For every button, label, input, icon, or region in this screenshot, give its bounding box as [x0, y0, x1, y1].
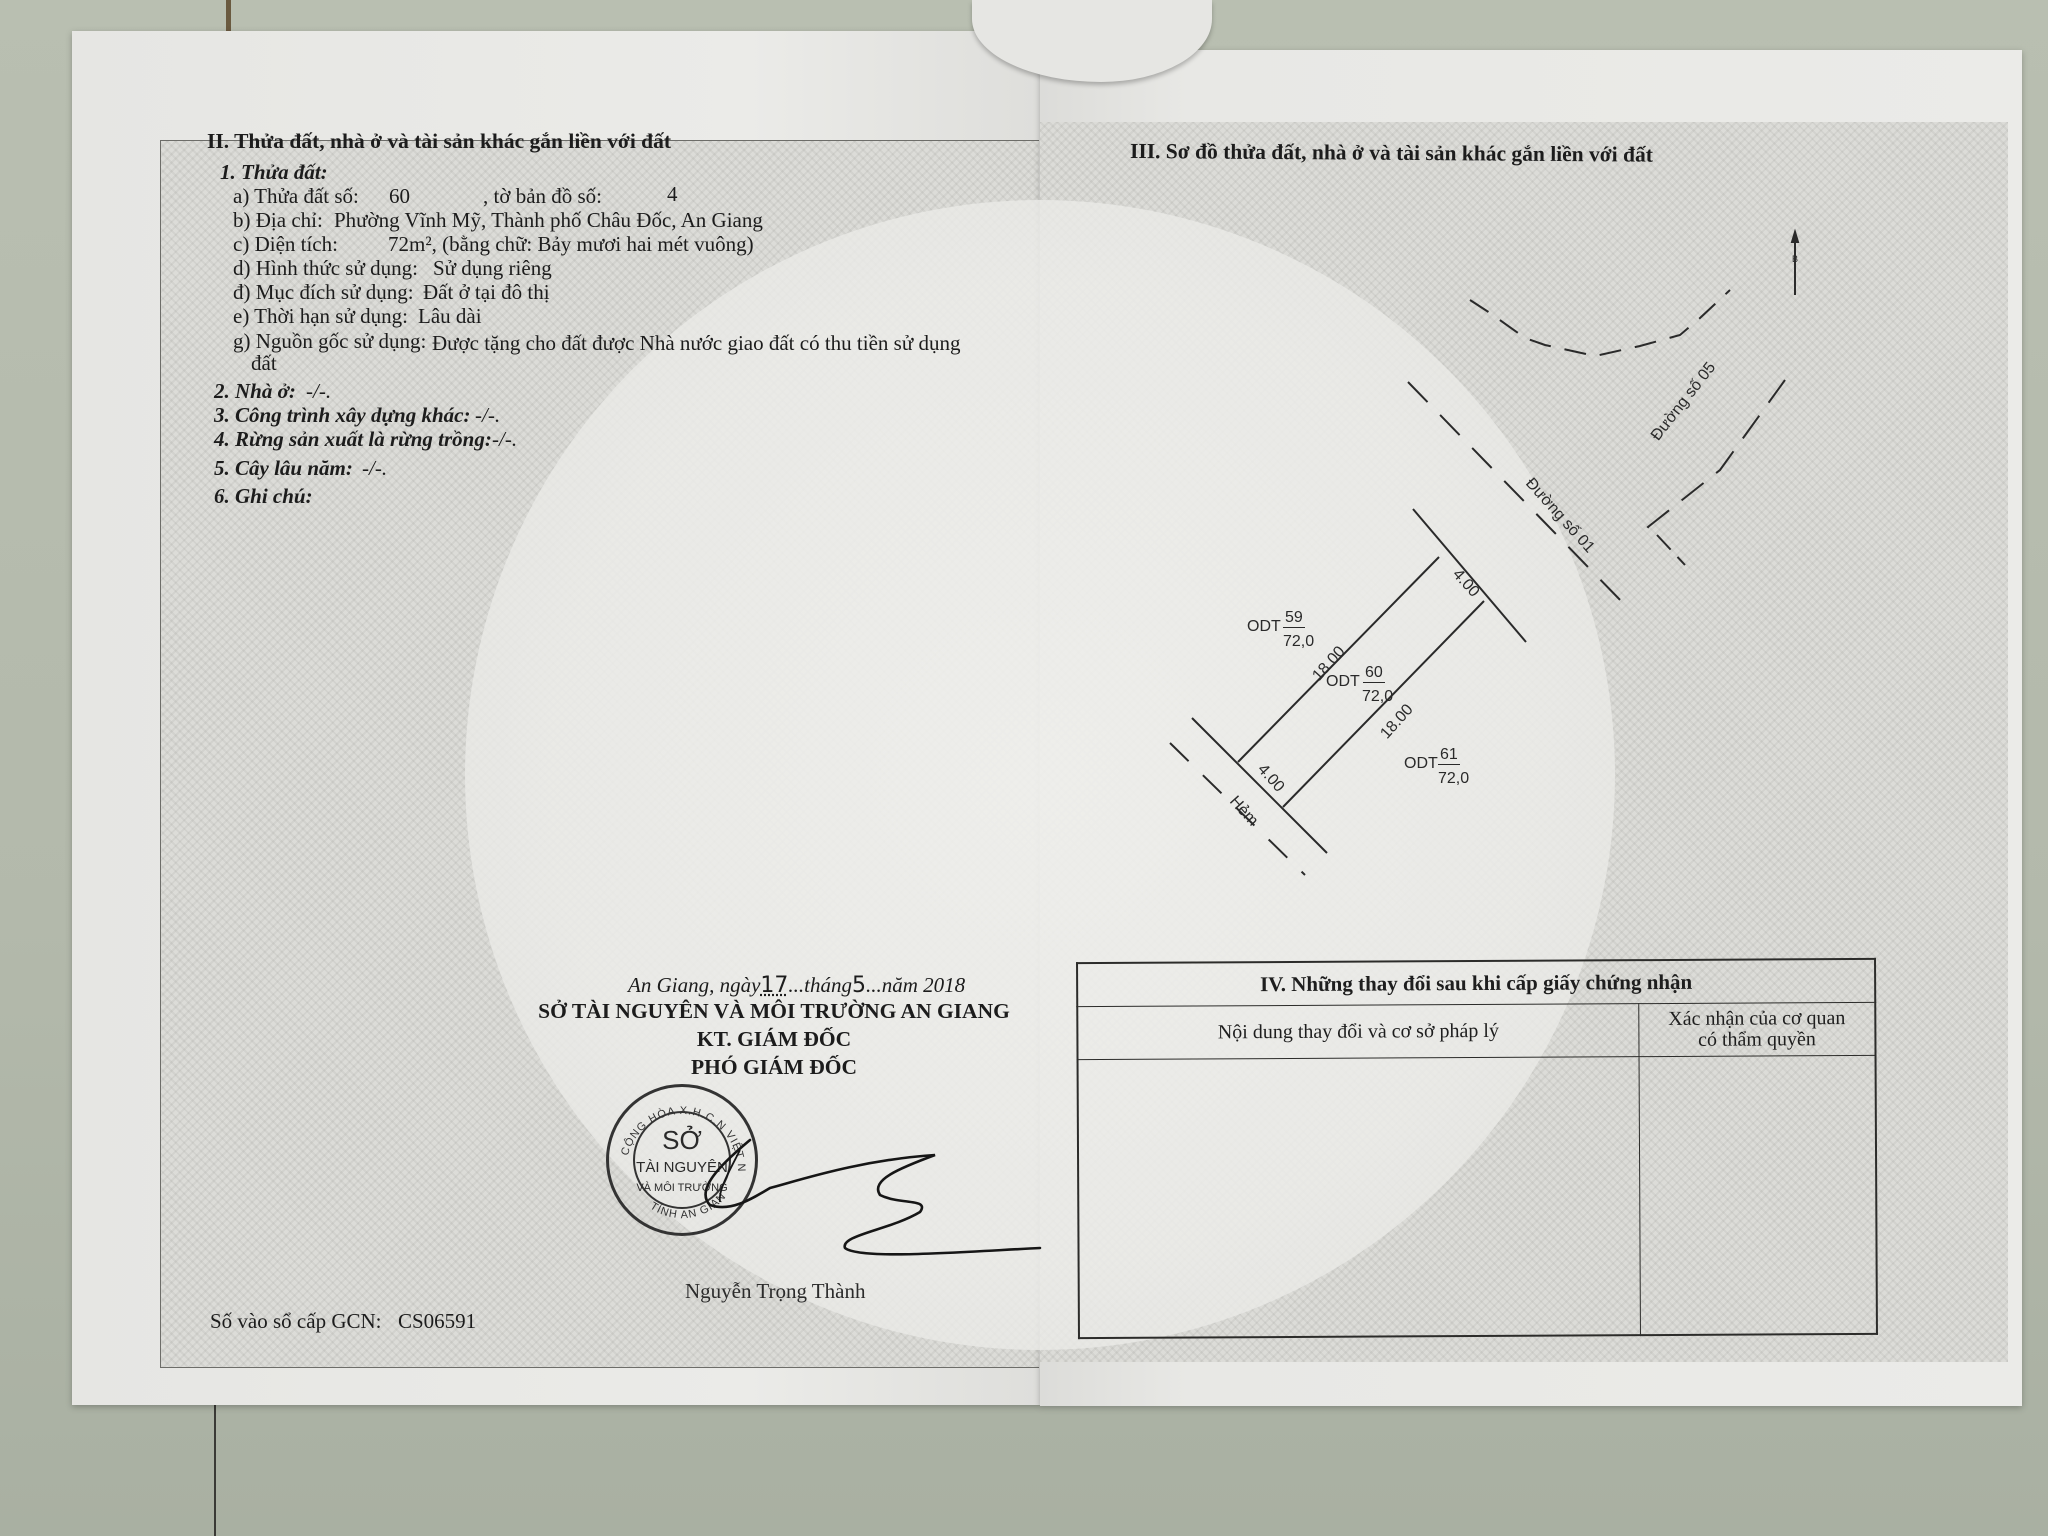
- planted-forest-value: -/-.: [492, 429, 517, 450]
- place-date-prefix: An Giang, ngày: [628, 973, 760, 997]
- perennial-trees-label: 5. Cây lâu năm:: [214, 458, 353, 479]
- month-label: tháng: [804, 973, 852, 997]
- usage-form-label: d) Hình thức sử dụng:: [233, 258, 418, 279]
- parcel-61-code: ODT: [1404, 755, 1438, 773]
- place-and-date: An Giang, ngày17...tháng5...năm 2018: [628, 975, 965, 997]
- map-sheet-label: , tờ bản đồ số:: [483, 186, 602, 207]
- house-value: -/-.: [306, 381, 331, 402]
- usage-origin-label: g) Nguồn gốc sử dụng:: [233, 331, 426, 352]
- changes-table: IV. Những thay đổi sau khi cấp giấy chứn…: [1076, 958, 1878, 1339]
- parcel-59-code: ODT: [1247, 618, 1281, 636]
- usage-origin-value: Được tặng cho đất được Nhà nước giao đất…: [432, 333, 960, 354]
- floor-tile-seam: [214, 1404, 216, 1536]
- column-header-change-content: Nội dung thay đổi và cơ sở pháp lý: [1077, 1004, 1639, 1060]
- other-construction-value: -/-.: [475, 405, 500, 426]
- confirmation-header-line-1: Xác nhận của cơ quan: [1668, 1007, 1845, 1030]
- dots-2: ...: [866, 973, 882, 997]
- section-ii-title: II. Thửa đất, nhà ở và tài sản khác gắn …: [207, 131, 671, 153]
- parcel-59-area: 72,0: [1283, 633, 1314, 651]
- registry-number-label: Số vào sổ cấp GCN:: [210, 1311, 382, 1332]
- wall-crack: [226, 0, 231, 34]
- parcel-59-number: 59: [1283, 609, 1305, 628]
- signer-role-2: PHÓ GIÁM ĐỐC: [535, 1057, 1013, 1079]
- handwritten-signature: [600, 1120, 1060, 1270]
- column-header-confirmation: Xác nhận của cơ quan có thẩm quyền: [1639, 1002, 1876, 1056]
- confirmation-header-line-2: có thẩm quyền: [1698, 1028, 1816, 1051]
- svg-text:B: B: [1792, 254, 1798, 264]
- parcel-60-area: 72,0: [1362, 688, 1393, 706]
- area-value: 72m², (bằng chữ: Bảy mươi hai mét vuông): [388, 234, 754, 255]
- change-content-cell: [1078, 1057, 1641, 1338]
- year-label: năm 2018: [882, 973, 965, 997]
- map-sheet-value: 4: [667, 184, 678, 205]
- usage-purpose-value: Đất ở tại đô thị: [423, 282, 550, 303]
- address-value: Phường Vĩnh Mỹ, Thành phố Châu Đốc, An G…: [334, 210, 763, 231]
- signer-role-1: KT. GIÁM ĐỐC: [535, 1029, 1013, 1051]
- address-label: b) Địa chỉ:: [233, 210, 323, 231]
- usage-origin-value-cont: đất: [251, 353, 277, 374]
- parcel-diagram: B: [1040, 122, 2022, 922]
- parcel-60-code: ODT: [1326, 673, 1360, 691]
- parcel-60-number: 60: [1363, 664, 1385, 683]
- notes-label: 6. Ghi chú:: [214, 486, 313, 507]
- other-construction-label: 3. Công trình xây dựng khác:: [214, 405, 470, 426]
- handwritten-month: 5: [852, 973, 866, 998]
- house-label: 2. Nhà ở:: [214, 381, 296, 402]
- usage-form-value: Sử dụng riêng: [433, 258, 552, 279]
- parcel-number-label: a) Thửa đất số:: [233, 186, 359, 207]
- usage-purpose-label: đ) Mục đích sử dụng:: [233, 282, 414, 303]
- handwritten-day: 17: [760, 973, 788, 998]
- planted-forest-label: 4. Rừng sản xuất là rừng trồng:: [214, 429, 492, 450]
- signer-name: Nguyễn Trọng Thành: [685, 1281, 865, 1302]
- area-label: c) Diện tích:: [233, 234, 338, 255]
- issuing-agency: SỞ TÀI NGUYÊN VÀ MÔI TRƯỜNG AN GIANG: [535, 1001, 1013, 1023]
- registry-number-value: CS06591: [398, 1311, 476, 1332]
- confirmation-cell: [1639, 1055, 1877, 1335]
- perennial-trees-value: -/-.: [362, 458, 387, 479]
- parcel-61-number: 61: [1438, 746, 1460, 765]
- subsection-land-parcel: 1. Thửa đất:: [220, 162, 328, 183]
- usage-term-label: e) Thời hạn sử dụng:: [233, 306, 408, 327]
- parcel-61-area: 72,0: [1438, 770, 1469, 788]
- dots-1: ...: [788, 973, 804, 997]
- changes-table-title: IV. Những thay đổi sau khi cấp giấy chứn…: [1077, 959, 1875, 1007]
- usage-term-value: Lâu dài: [418, 306, 482, 327]
- parcel-number-value: 60: [389, 186, 410, 207]
